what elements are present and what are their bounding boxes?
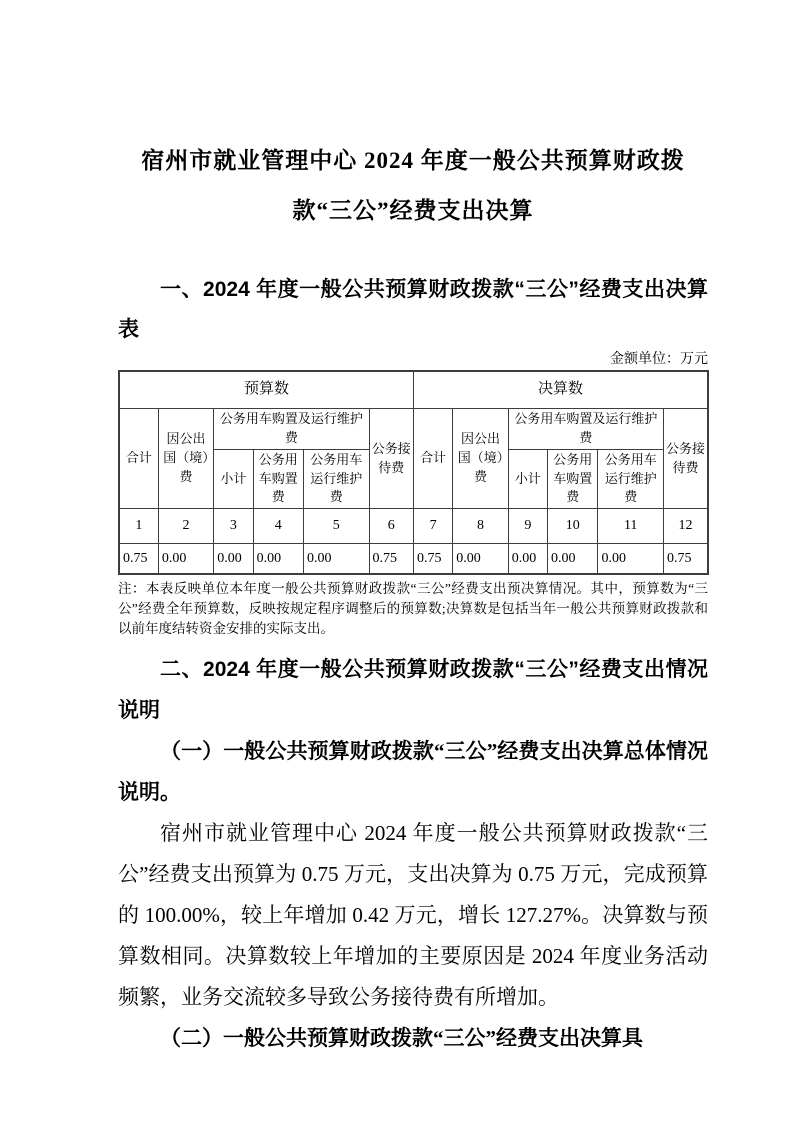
- col-number: 9: [508, 509, 547, 544]
- final-group-header: 决算数: [413, 371, 708, 409]
- value-cell: 0.00: [158, 544, 213, 575]
- document-title-line-2: 款“三公”经费支出决算: [118, 186, 708, 236]
- subsection-one-heading: （一）一般公共预算财政拨款“三公”经费支出决算总体情况说明。: [118, 731, 708, 813]
- document-content: 宿州市就业管理中心 2024 年度一般公共预算财政拨 款“三公”经费支出决算 一…: [118, 0, 708, 1059]
- value-cell: 0.00: [598, 544, 664, 575]
- final-col-purchase: 公务用车购置费: [548, 449, 598, 509]
- budget-col-subtotal: 小计: [214, 449, 253, 509]
- value-cell: 0.00: [303, 544, 369, 575]
- three-public-expense-table: 预算数 决算数 合计 因公出国（境）费 公务用车购置及运行维护费 公务接待费 合…: [118, 370, 709, 575]
- value-cell: 0.75: [663, 544, 708, 575]
- amount-unit-note: 金额单位：万元: [118, 352, 708, 368]
- budget-col-total: 合计: [119, 409, 158, 509]
- value-cell: 0.75: [369, 544, 413, 575]
- budget-group-header: 预算数: [119, 371, 413, 409]
- table-header-row-1: 合计 因公出国（境）费 公务用车购置及运行维护费 公务接待费 合计 因公出国（境…: [119, 409, 708, 450]
- col-number: 6: [369, 509, 413, 544]
- final-col-total: 合计: [413, 409, 452, 509]
- table-footnote: 注：本表反映单位本年度一般公共预算财政拨款“三公”经费支出预决算情况。其中，预算…: [118, 579, 708, 639]
- value-cell: 0.00: [508, 544, 547, 575]
- document-page: 宿州市就业管理中心 2024 年度一般公共预算财政拨 款“三公”经费支出决算 一…: [0, 0, 793, 1122]
- budget-col-vehicle-group: 公务用车购置及运行维护费: [214, 409, 369, 450]
- col-number: 4: [253, 509, 303, 544]
- budget-col-maintenance: 公务用车运行维护费: [303, 449, 369, 509]
- budget-col-abroad: 因公出国（境）费: [158, 409, 213, 509]
- value-cell: 0.00: [253, 544, 303, 575]
- document-title: 宿州市就业管理中心 2024 年度一般公共预算财政拨 款“三公”经费支出决算: [118, 136, 708, 236]
- section-one-heading: 一、2024 年度一般公共预算财政拨款“三公”经费支出决算表: [118, 270, 708, 350]
- budget-col-purchase: 公务用车购置费: [253, 449, 303, 509]
- subsection-two-heading: （二）一般公共预算财政拨款“三公”经费支出决算具: [118, 1018, 708, 1059]
- col-number: 5: [303, 509, 369, 544]
- col-number: 7: [413, 509, 452, 544]
- value-cell: 0.00: [214, 544, 253, 575]
- value-cell: 0.75: [119, 544, 158, 575]
- budget-col-reception: 公务接待费: [369, 409, 413, 509]
- value-cell: 0.00: [548, 544, 598, 575]
- final-col-subtotal: 小计: [508, 449, 547, 509]
- table-column-number-row: 1 2 3 4 5 6 7 8 9 10 11 12: [119, 509, 708, 544]
- col-number: 1: [119, 509, 158, 544]
- col-number: 11: [598, 509, 664, 544]
- final-col-maintenance: 公务用车运行维护费: [598, 449, 664, 509]
- col-number: 10: [548, 509, 598, 544]
- overall-situation-paragraph: 宿州市就业管理中心 2024 年度一般公共预算财政拨款“三公”经费支出预算为 0…: [118, 813, 708, 1018]
- table-value-row: 0.75 0.00 0.00 0.00 0.00 0.75 0.75 0.00 …: [119, 544, 708, 575]
- document-title-line-1: 宿州市就业管理中心 2024 年度一般公共预算财政拨: [118, 136, 708, 186]
- section-two-heading: 二、2024 年度一般公共预算财政拨款“三公”经费支出情况说明: [118, 649, 708, 731]
- col-number: 3: [214, 509, 253, 544]
- value-cell: 0.00: [453, 544, 508, 575]
- final-col-abroad: 因公出国（境）费: [453, 409, 508, 509]
- final-col-reception: 公务接待费: [663, 409, 708, 509]
- final-col-vehicle-group: 公务用车购置及运行维护费: [508, 409, 663, 450]
- value-cell: 0.75: [413, 544, 452, 575]
- table-group-header-row: 预算数 决算数: [119, 371, 708, 409]
- col-number: 8: [453, 509, 508, 544]
- col-number: 12: [663, 509, 708, 544]
- col-number: 2: [158, 509, 213, 544]
